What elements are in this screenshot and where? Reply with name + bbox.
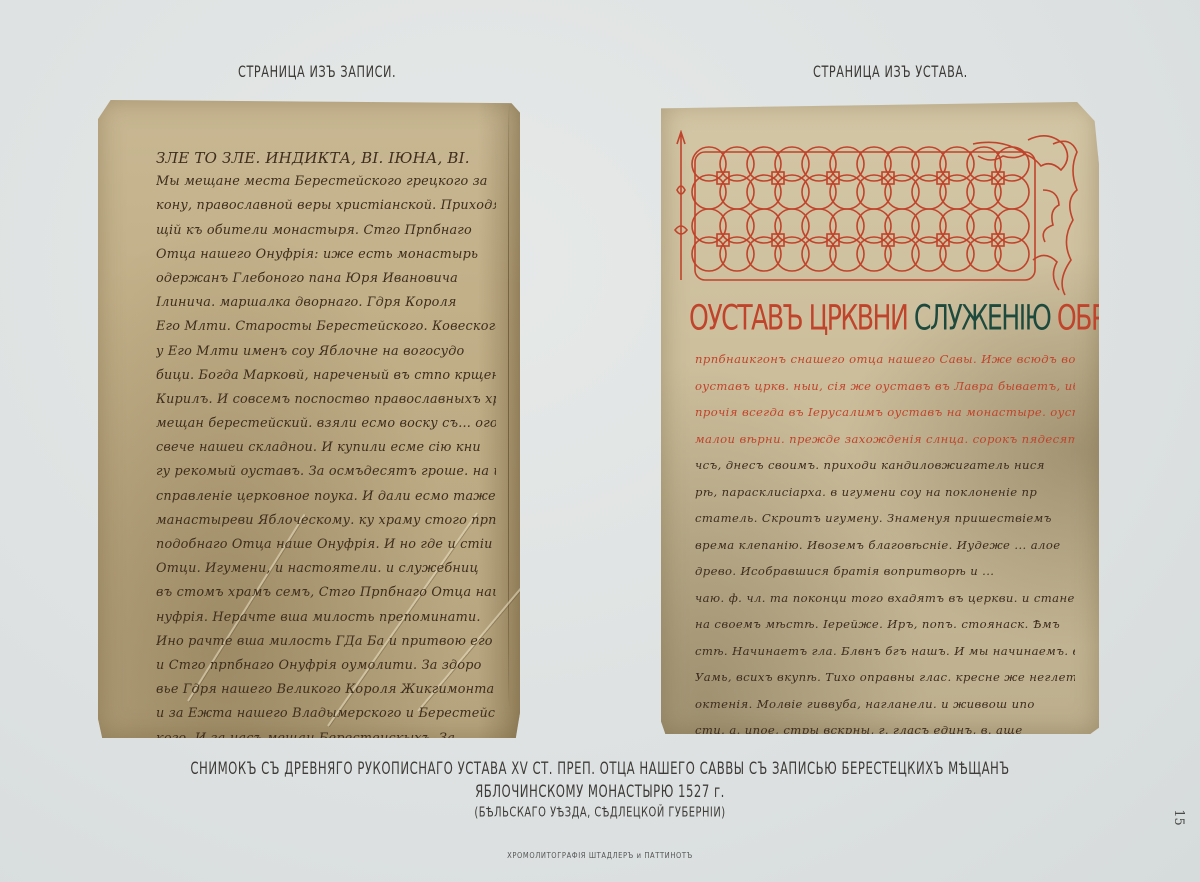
heading-right-page: СТРАНИЦА ИЗЪ УСТАВА. — [813, 62, 968, 81]
manuscript-line: и за Ежта нашего Владымерского и Бересте… — [156, 702, 496, 726]
manuscript-line: чаю. ф. чл. та поконци того вхадятъ въ ц… — [695, 585, 1075, 612]
manuscript-line: Кирилъ. И совсемъ поспоство православных… — [156, 388, 496, 412]
title-segment-red: ОБРАЗ СТЫХЪ — [1057, 297, 1200, 338]
manuscript-line: бици. Богда Марковй, нареченый въ стпо к… — [156, 364, 496, 388]
typikon-title-line: ОУСТАВЪ ЦРКВНИ СЛУЖЕНІЮ ОБРАЗ СТЫХЪ — [689, 287, 1049, 350]
manuscript-line: рѣ, парасклисіарха. в игумени соу на пок… — [695, 479, 1075, 506]
manuscript-line: и Стго прпбнаго Онуфрія оумолити. За здо… — [156, 654, 496, 678]
manuscript-line: манастыреви Яблоческому. ку храму стого … — [156, 509, 496, 533]
manuscript-line: врема клепанію. Ивоземъ благовѣсніе. Иуд… — [695, 532, 1075, 559]
manuscript-line: свече нашеи складнои. И купили есме сію … — [156, 436, 496, 460]
manuscript-line: Уамь, всихъ вкупѣ. Тихо оправны глас. кр… — [695, 664, 1075, 691]
plate-number: 15 — [1171, 809, 1186, 826]
rubric-line: малои вѣрни. прежде захожденія слнца. со… — [695, 426, 1075, 453]
manuscript-line: справленіе церковное поука. И дали есмо … — [156, 485, 496, 509]
manuscript-line: сти. а. ипое, стры вскрны, г. гласъ един… — [695, 717, 1075, 744]
manuscript-line: у Его Млти именъ соу Яблочне на вогосудо — [156, 340, 496, 364]
manuscript-line: октенія. Молвіе гиввуба, нагланели. и жи… — [695, 691, 1075, 718]
printer-credit: ХРОМОЛИТОГРАФІЯ ШТАДЛЕРЪ и ПАТТИНОТЪ — [0, 851, 1200, 860]
manuscript-line: мещан берестейский. взяли есмо воску съ.… — [156, 412, 496, 436]
interlace-ornament-headpiece — [673, 130, 1083, 298]
manuscript-page-record: ЗЛЕ ТО ЗЛЕ. ИНДИКТА, ВІ. ІЮНА, ВІ.Мы мещ… — [98, 100, 520, 738]
manuscript-line: гу рекомый оуставъ. За осмъдесятъ гроше.… — [156, 460, 496, 484]
manuscript-line: ЗЛЕ ТО ЗЛЕ. ИНДИКТА, ВІ. ІЮНА, ВІ. — [156, 146, 496, 170]
typikon-text: прпбнаикгонъ снашего отца нашего Савы. И… — [695, 346, 1075, 770]
manuscript-line: Мы мещане места Берестейского грецкого з… — [156, 170, 496, 194]
manuscript-line: кону, православной веры христіанской. Пр… — [156, 194, 496, 218]
plate-caption-line3: (БѢЛЬСКАГО УѢЗДА, СѢДЛЕЦКОЙ ГУБЕРНІИ) — [0, 805, 1200, 821]
manuscript-line: древо. Исобравшися братія вопритворѣ и .… — [695, 558, 1075, 585]
manuscript-line: Ино рачте вша милость ГДа Ба и притвою е… — [156, 630, 496, 654]
rubric-line: прпбнаикгонъ снашего отца нашего Савы. И… — [695, 346, 1075, 373]
rubric-line: оуставъ цркв. ныи, сія же оуставъ въ Лав… — [695, 373, 1075, 400]
manuscript-line: одержанъ Глебоного пана Юря Ивановича — [156, 267, 496, 291]
title-segment-green: СЛУЖЕНІЮ — [914, 297, 1057, 338]
manuscript-line: Отца нашего Онуфрія: иже есть монастырь — [156, 243, 496, 267]
manuscript-line: вье Гдря нашего Великого Короля Жикгимон… — [156, 678, 496, 702]
manuscript-line: нуфрія. Нерачте вша милость препоминати. — [156, 606, 496, 630]
manuscript-line: чсъ, днесъ своимъ. приходи кандиловжигат… — [695, 452, 1075, 479]
manuscript-line: Отци. Игумени, и настоятели. и служебниц — [156, 557, 496, 581]
manuscript-line: щій къ обители монастыря. Стго Прпбнаго — [156, 219, 496, 243]
manuscript-line: стѣ. Начинаетъ гла. Блвнъ бгъ нашъ. И мы… — [695, 638, 1075, 665]
manuscript-line: Его Млти. Старосты Берестейского. Ковеск… — [156, 315, 496, 339]
rubric-line: прочія всегда въ Іерусалимъ оуставъ на м… — [695, 399, 1075, 426]
plate-caption-line1: СНИМОКЪ СЪ ДРЕВНЯГО РУКОПИСНАГО УСТАВА X… — [0, 760, 1200, 780]
heading-left-page: СТРАНИЦА ИЗЪ ЗАПИСИ. — [238, 62, 396, 81]
manuscript-page-typikon: ОУСТАВЪ ЦРКВНИ СЛУЖЕНІЮ ОБРАЗ СТЫХЪ прпб… — [661, 102, 1099, 734]
manuscript-line: въ стомъ храмъ семъ, Стго Прпбнаго Отца … — [156, 581, 496, 605]
page-crack — [508, 106, 511, 706]
manuscript-line: на своемъ мѣстѣ. Іерейже. Иръ, попъ. сто… — [695, 611, 1075, 638]
manuscript-line: подобнаго Отца наше Онуфрія. И но где и … — [156, 533, 496, 557]
title-segment-red: ОУСТАВЪ ЦРКВНИ — [689, 297, 914, 338]
plate-caption-line2: ЯБЛОЧИНСКОМУ МОНАСТЫРЮ 1527 г. — [0, 783, 1200, 803]
record-text: ЗЛЕ ТО ЗЛЕ. ИНДИКТА, ВІ. ІЮНА, ВІ.Мы мещ… — [156, 146, 496, 751]
manuscript-line: статель. Скроитъ игумену. Знаменуя прише… — [695, 505, 1075, 532]
manuscript-line: Ілинича. маршалка дворнаго. Гдря Короля — [156, 291, 496, 315]
manuscript-line: кого. И за насъ мещан Берестенскыхъ. За — [156, 727, 496, 751]
